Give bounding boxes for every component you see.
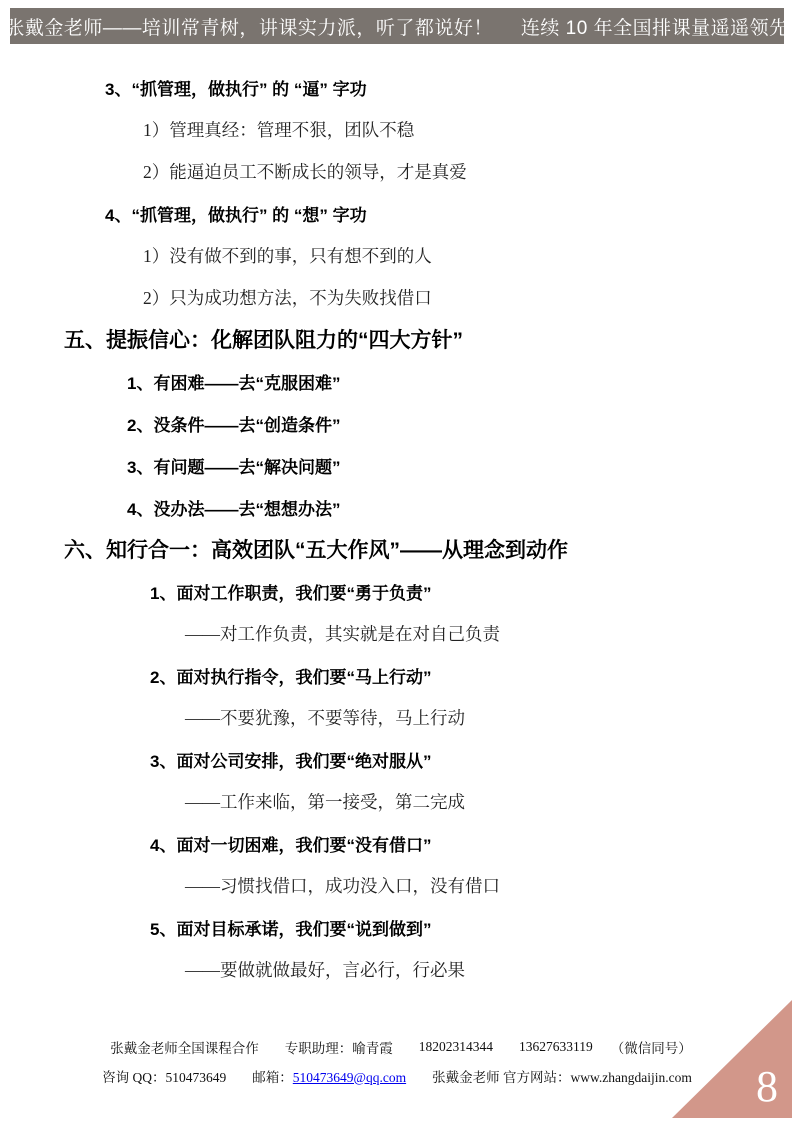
header-claim: 连续 10 年全国排课量遥遥领先 xyxy=(521,13,789,40)
outline-item: 1、面对工作职责，我们要“勇于负责” xyxy=(0,570,794,612)
section-heading-five: 五、提振信心：化解团队阻力的“四大方针” xyxy=(0,318,794,360)
header-slogan: 张戴金老师——培训常青树，讲课实力派，听了都说好！ xyxy=(5,13,493,40)
header-banner: 张戴金老师——培训常青树，讲课实力派，听了都说好！ 连续 10 年全国排课量遥遥… xyxy=(10,8,784,44)
outline-item: 1）没有做不到的事，只有想不到的人 xyxy=(0,234,794,276)
outline-item: 2、没条件——去“创造条件” xyxy=(0,402,794,444)
outline-item: 2）只为成功想方法，不为失败找借口 xyxy=(0,276,794,318)
footer-website: 官方网站：www.zhangdaijin.com xyxy=(503,1070,692,1085)
outline-note: ——工作来临，第一接受，第二完成 xyxy=(0,780,794,822)
footer-site-group: 张戴金老师 官方网站：www.zhangdaijin.com xyxy=(432,1066,692,1086)
outline-note: ——不要犹豫，不要等待，马上行动 xyxy=(0,696,794,738)
outline-note: ——要做就做最好，言必行，行必果 xyxy=(0,948,794,990)
document-page: 张戴金老师——培训常青树，讲课实力派，听了都说好！ 连续 10 年全国排课量遥遥… xyxy=(0,0,794,1123)
outline-item: 1、有困难——去“克服困难” xyxy=(0,360,794,402)
footer-cooperation: 张戴金老师全国课程合作 xyxy=(110,1037,259,1057)
outline-note: ——习惯找借口，成功没入口，没有借口 xyxy=(0,864,794,906)
footer-email-link[interactable]: 510473649@qq.com xyxy=(293,1070,406,1085)
outline-heading-4: 4、“抓管理，做执行” 的 “想” 字功 xyxy=(0,192,794,234)
outline-heading-3: 3、“抓管理，做执行” 的 “逼” 字功 xyxy=(0,66,794,108)
outline-item: 4、面对一切困难，我们要“没有借口” xyxy=(0,822,794,864)
footer-email-group: 邮箱：510473649@qq.com xyxy=(252,1066,406,1086)
outline-item: 1）管理真经：管理不狠，团队不稳 xyxy=(0,108,794,150)
footer-assistant: 专职助理：喻青霞 xyxy=(285,1037,393,1057)
footer-phone-2: 13627633119 xyxy=(519,1039,593,1055)
footer-email-label: 邮箱： xyxy=(252,1070,293,1085)
outline-item: 5、面对目标承诺，我们要“说到做到” xyxy=(0,906,794,948)
outline-note: ——对工作负责，其实就是在对自己负责 xyxy=(0,612,794,654)
outline-item: 2）能逼迫员工不断成长的领导，才是真爱 xyxy=(0,150,794,192)
outline-item: 3、面对公司安排，我们要“绝对服从” xyxy=(0,738,794,780)
footer-qq: 咨询 QQ：510473649 xyxy=(102,1066,226,1086)
outline-item: 4、没办法——去“想想办法” xyxy=(0,486,794,528)
section-heading-six: 六、知行合一：高效团队“五大作风”——从理念到动作 xyxy=(0,528,794,570)
outline-item: 2、面对执行指令，我们要“马上行动” xyxy=(0,654,794,696)
footer-phone-1: 18202314344 xyxy=(419,1039,493,1055)
outline-body: 3、“抓管理，做执行” 的 “逼” 字功 1）管理真经：管理不狠，团队不稳 2）… xyxy=(0,66,794,990)
outline-item: 3、有问题——去“解决问题” xyxy=(0,444,794,486)
footer-teacher-name: 张戴金老师 xyxy=(432,1070,500,1085)
page-number: 8 xyxy=(756,1065,778,1109)
